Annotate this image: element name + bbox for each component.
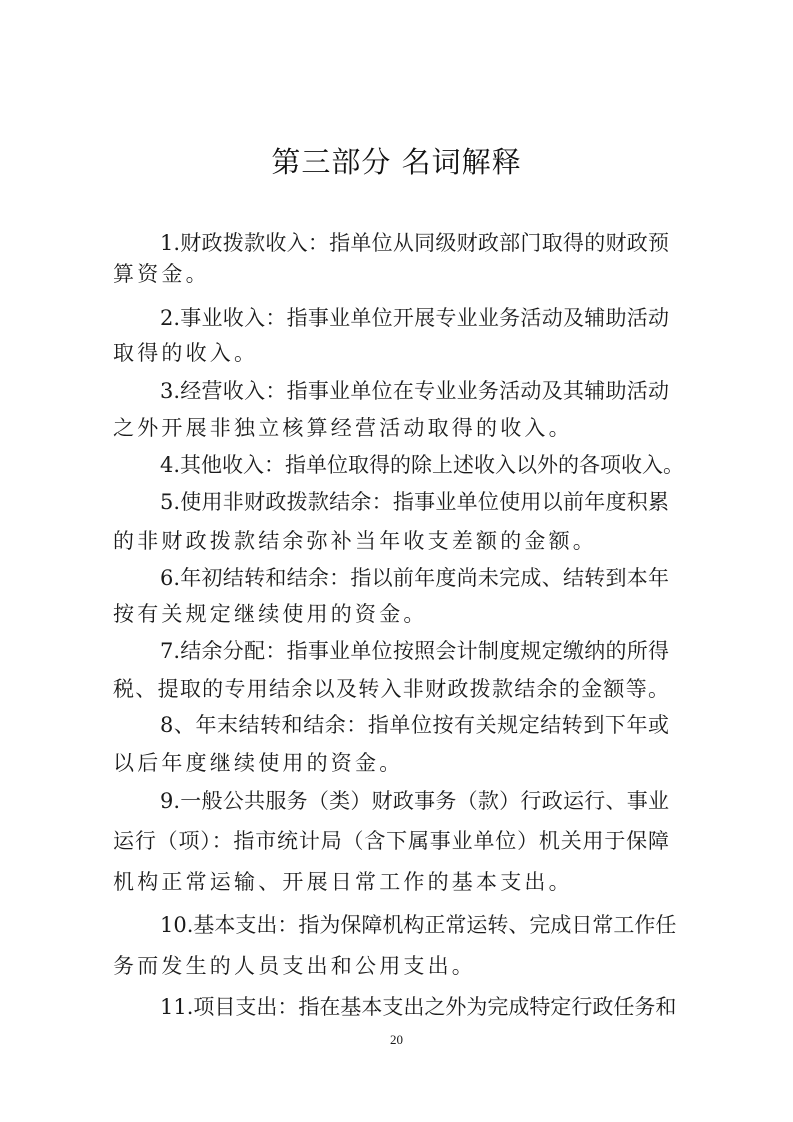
text-line: 以后年度继续使用的资金。 <box>113 750 669 776</box>
text-line: 务而发生的人员支出和公用支出。 <box>113 953 669 979</box>
text-line: 2.事业收入：指事业单位开展专业业务活动及辅助活动 <box>160 305 669 331</box>
page-title: 第三部分 名词解释 <box>0 140 793 181</box>
text-line: 4.其他收入：指单位取得的除上述收入以外的各项收入。 <box>160 452 669 478</box>
text-line: 5.使用非财政拨款结余：指事业单位使用以前年度积累 <box>160 489 669 515</box>
text-line: 按有关规定继续使用的资金。 <box>113 601 669 627</box>
text-line: 机构正常运输、开展日常工作的基本支出。 <box>113 869 669 895</box>
text-line: 运行（项）：指市统计局（含下属事业单位）机关用于保障 <box>113 828 669 854</box>
text-line: 税、提取的专用结余以及转入非财政拨款结余的金额等。 <box>113 676 669 702</box>
text-line: 10.基本支出：指为保障机构正常运转、完成日常工作任 <box>160 912 669 938</box>
text-line: 11.项目支出：指在基本支出之外为完成特定行政任务和 <box>160 994 669 1020</box>
text-line: 3.经营收入：指事业单位在专业业务活动及其辅助活动 <box>160 378 669 404</box>
text-line: 6.年初结转和结余：指以前年度尚未完成、结转到本年 <box>160 565 669 591</box>
text-line: 的非财政拨款结余弥补当年收支差额的金额。 <box>113 528 669 554</box>
page-number: 20 <box>0 1032 793 1048</box>
text-line: 之外开展非独立核算经营活动取得的收入。 <box>113 415 669 441</box>
text-line: 取得的收入。 <box>113 340 669 366</box>
text-line: 7.结余分配：指事业单位按照会计制度规定缴纳的所得 <box>160 638 669 664</box>
text-line: 8、年末结转和结余：指单位按有关规定结转到下年或 <box>160 712 669 738</box>
text-line: 9.一般公共服务（类）财政事务（款）行政运行、事业 <box>160 788 669 814</box>
text-line: 算资金。 <box>113 261 669 287</box>
text-line: 1.财政拨款收入：指单位从同级财政部门取得的财政预 <box>160 230 669 256</box>
